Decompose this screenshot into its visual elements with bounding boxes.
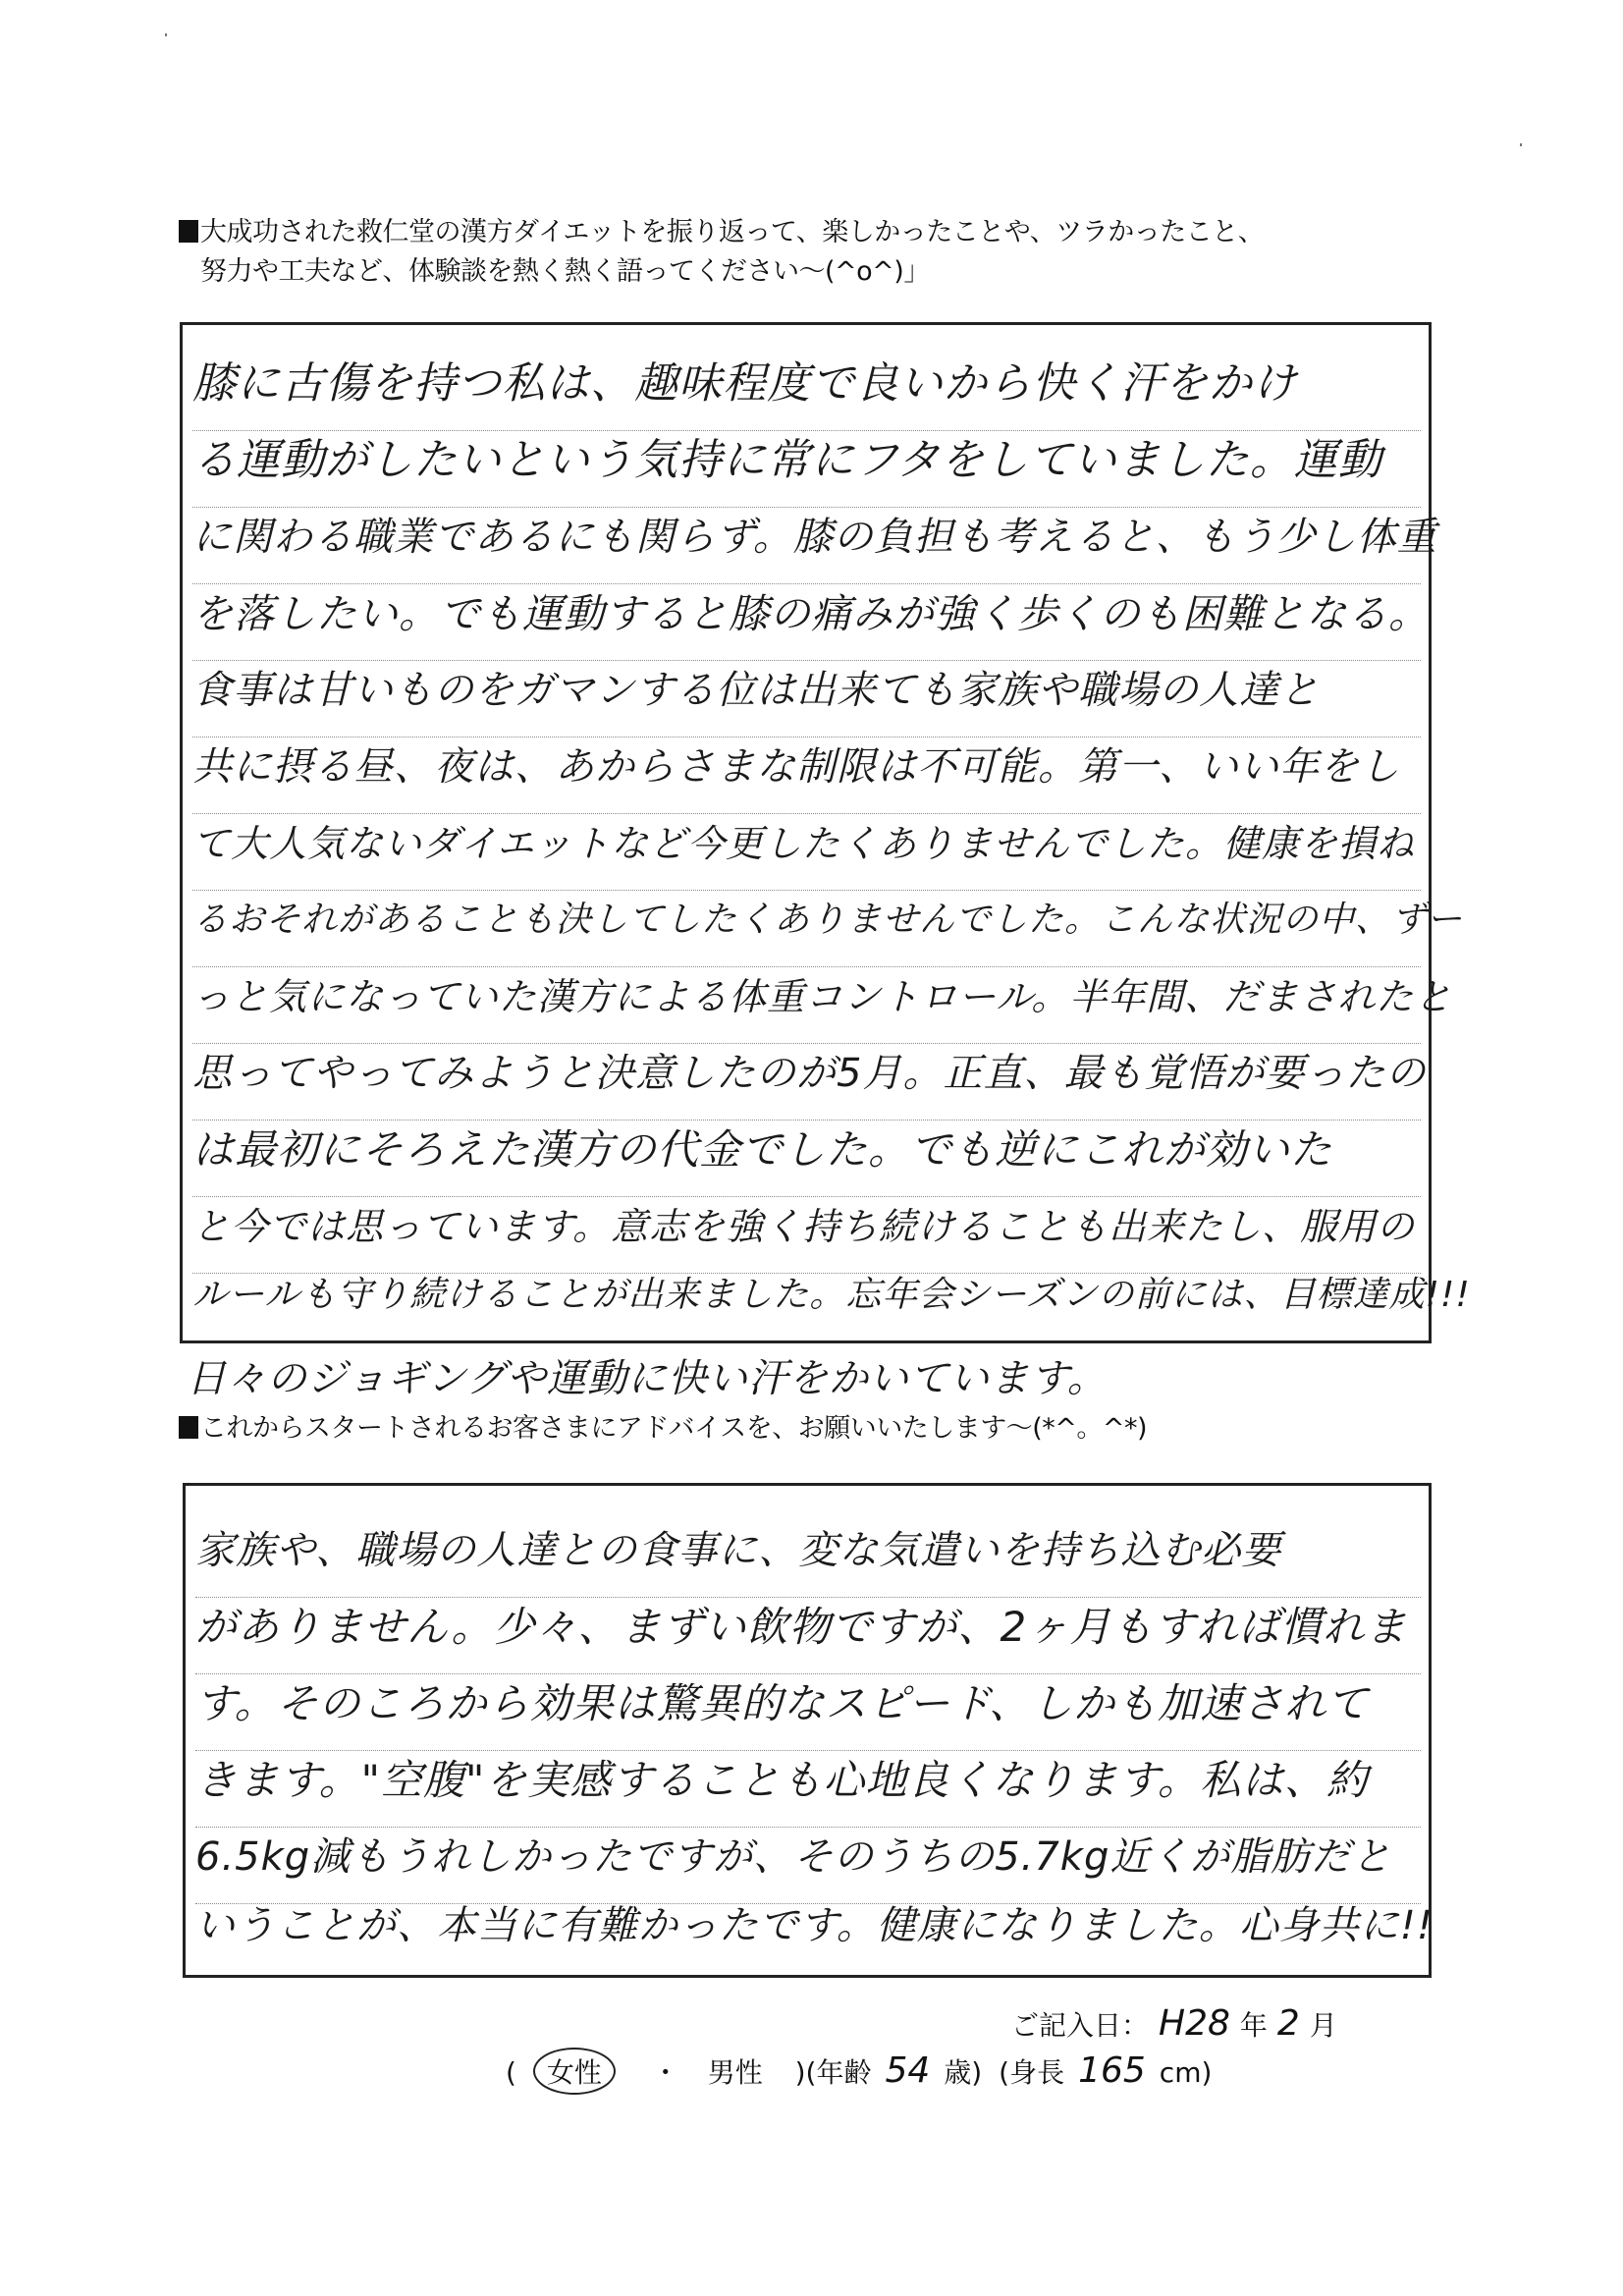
handwritten-line: きます。"空腹"を実感することも心地良くなります。私は、約 [195, 1745, 1421, 1828]
age-label: (年齢 [806, 2051, 872, 2091]
handwritten-line: がありません。少々、まずい飲物ですが、2ヶ月もすれば慣れま [195, 1592, 1421, 1674]
handwritten-line: は最初にそろえた漢方の代金でした。でも逆にこれが効いた [192, 1115, 1421, 1197]
date-label: ご記入日： [1011, 2009, 1149, 2042]
handwritten-line: 思ってやってみようと決意したのが5月。正直、最も覚悟が要ったの [192, 1038, 1421, 1121]
handwritten-line: 共に摂る昼、夜は、あからさまな制限は不可能。第一、いい年をし [192, 732, 1421, 814]
handwritten-line: て大人気ないダイエットなど今更したくありませんでした。健康を損ね [192, 808, 1421, 891]
advice-prompt-text: これからスタートされるお客さまにアドバイスを、お願いいたします～(*^。^*) [200, 1413, 1147, 1444]
gender-male-option: 男性 [708, 2051, 763, 2091]
handwritten-line: に関わる職業であるにも関らず。膝の負担も考えると、もう少し体重 [192, 502, 1421, 584]
handwritten-line: いうことが、本当に有難かったです。健康になりました。心身共に!! [195, 1890, 1421, 1973]
entry-date: ご記入日：H28年2月 [1011, 2003, 1337, 2044]
open-paren: ( [506, 2056, 516, 2089]
height-label: (身長 [999, 2051, 1064, 2091]
scan-speck [165, 33, 167, 36]
profile-info: ( 女性 ・ 男性 )(年齢54歳) (身長165cm) [506, 2048, 1212, 2095]
handwritten-overflow-line: 日々のジョギングや運動に快い汗をかいています。 [187, 1349, 1108, 1408]
gender-separator: ・ [652, 2051, 679, 2091]
handwritten-line: す。そのころから効果は驚異的なスピード、しかも加速されて [195, 1668, 1421, 1751]
square-bullet-icon [179, 1416, 198, 1439]
experience-prompt-line2: 努力や工夫など、体験談を熱く熱く語ってください～(^o^)」 [200, 256, 930, 287]
scan-speck [1520, 143, 1522, 146]
handwritten-line: る運動がしたいという気持に常にフタをしていました。運動 [192, 425, 1421, 508]
close-paren: ) [795, 2056, 806, 2089]
experience-prompt-line1: 大成功された救仁堂の漢方ダイエットを振り返って、楽しかったことや、ツラかったこと… [200, 217, 1264, 247]
age-suffix: 歳) [944, 2051, 982, 2091]
experience-prompt: 大成功された救仁堂の漢方ダイエットを振り返って、楽しかったことや、ツラかったこと… [179, 214, 1264, 251]
date-month: 2 [1277, 2003, 1300, 2044]
handwritten-line: ルールも守り続けることが出来ました。忘年会シーズンの前には、目標達成!!! [192, 1260, 1421, 1342]
advice-answer-box: 家族や、職場の人達との食事に、変な気遣いを持ち込む必要 がありません。少々、まず… [183, 1483, 1432, 1978]
month-suffix: 月 [1310, 2009, 1337, 2042]
handwritten-line: 食事は甘いものをガマンする位は出来ても家族や職場の人達と [192, 655, 1421, 738]
height-value: 165 [1078, 2050, 1146, 2091]
handwritten-line: るおそれがあることも決してしたくありませんでした。こんな状況の中、ずー [192, 885, 1421, 967]
handwritten-line: を落したい。でも運動すると膝の痛みが強く歩くのも困難となる。 [192, 578, 1421, 661]
height-unit: cm) [1160, 2056, 1213, 2089]
year-suffix: 年 [1240, 2009, 1268, 2042]
handwritten-line: 膝に古傷を持つ私は、趣味程度で良いから快く汗をかけ [192, 349, 1421, 431]
age-value: 54 [885, 2050, 930, 2091]
handwritten-line: 家族や、職場の人達との食事に、変な気遣いを持ち込む必要 [195, 1515, 1421, 1598]
advice-prompt: これからスタートされるお客さまにアドバイスを、お願いいたします～(*^。^*) [179, 1410, 1147, 1448]
experience-answer-box: 膝に古傷を持つ私は、趣味程度で良いから快く汗をかけ る運動がしたいという気持に常… [180, 322, 1432, 1343]
handwritten-line: っと気になっていた漢方による体重コントロール。半年間、だまされたと [192, 961, 1421, 1044]
date-era-year: H28 [1159, 2003, 1230, 2044]
experience-prompt-cont: 努力や工夫など、体験談を熱く熱く語ってください～(^o^)」 [200, 253, 930, 291]
gender-female-option-circled: 女性 [533, 2048, 616, 2095]
square-bullet-icon [179, 220, 198, 243]
